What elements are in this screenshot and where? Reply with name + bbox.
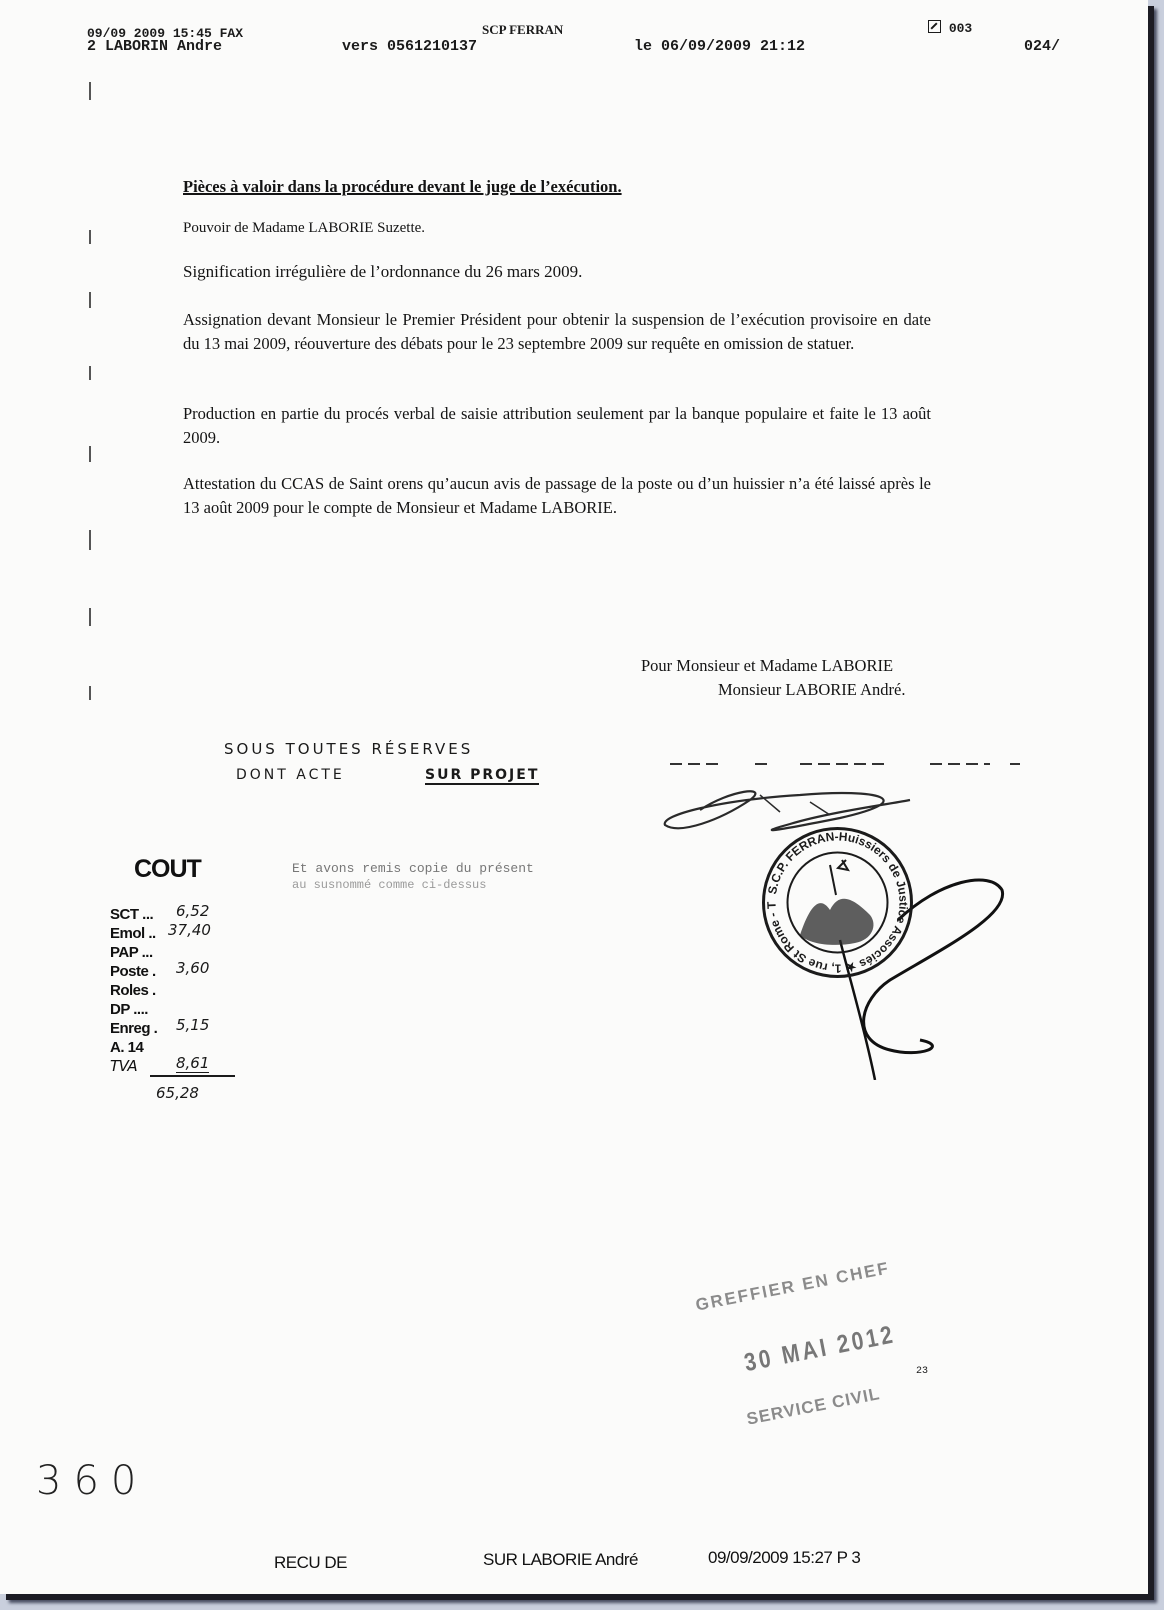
cost-row-label: Roles . <box>110 982 156 999</box>
cost-row: PAP ... <box>110 943 153 962</box>
cost-total: 65,28 <box>156 1084 199 1102</box>
fax-recipient-name: LABORIN Andre <box>105 38 222 55</box>
fax-destination: vers 0561210137 <box>342 38 477 55</box>
cost-title: COUT <box>134 855 201 884</box>
fax-recipient: 2 LABORIN Andre <box>87 38 222 55</box>
document-title: Pièces à valoir dans la procédure devant… <box>183 177 622 197</box>
scan-margin-mark <box>89 686 91 700</box>
handwritten-reserves: SOUS TOUTES RÉSERVES <box>224 740 473 758</box>
cost-row-label: Poste . <box>110 963 156 980</box>
cost-row-label: Enreg . <box>110 1020 157 1037</box>
paragraph-production: Production en partie du procés verbal de… <box>183 402 931 450</box>
cost-row-value: 3,60 <box>176 959 209 977</box>
fax-page-total: 024/ <box>1024 38 1060 55</box>
cost-row-value: 6,52 <box>176 902 209 920</box>
cost-row-label: DP .... <box>110 1001 148 1018</box>
footer-timestamp: 09/09/2009 15:27 P 3 <box>708 1548 860 1568</box>
scan-margin-mark <box>89 608 91 626</box>
signature-line-1: Pour Monsieur et Madame LABORIE <box>641 656 893 676</box>
cost-row: Enreg .5,15 <box>110 1019 157 1038</box>
scan-margin-mark <box>89 366 91 380</box>
scan-margin-mark <box>89 230 91 244</box>
cost-row-label: SCT ... <box>110 906 153 923</box>
fax-page-icon <box>928 20 941 33</box>
fax-received-date: le 06/09/2009 21:12 <box>634 38 805 55</box>
fax-recipient-prefix: 2 <box>87 38 105 55</box>
scan-margin-mark <box>89 292 91 308</box>
paragraph-signification: Signification irrégulière de l’ordonnanc… <box>183 262 582 282</box>
paragraph-assignation: Assignation devant Monsieur le Premier P… <box>183 308 931 356</box>
scan-margin-mark <box>89 446 91 462</box>
paragraph-pouvoir: Pouvoir de Madame LABORIE Suzette. <box>183 220 425 237</box>
cost-row: Emol ..37,40 <box>110 924 156 943</box>
greffe-stamp-date: 30 MAI 2012 <box>742 1321 898 1379</box>
cost-row: DP .... <box>110 1000 148 1019</box>
fax-page: 09/09 2009 15:45 FAX SCP FERRAN 003 2 LA… <box>0 0 1148 1594</box>
fax-page-number: 003 <box>949 21 972 36</box>
scan-margin-mark <box>89 82 91 100</box>
fax-page-counter: 003 <box>928 20 972 36</box>
cost-row: TVA8,61 <box>110 1057 137 1076</box>
cost-row-label: A. 14 <box>110 1039 143 1056</box>
cost-row: A. 14 <box>110 1038 143 1057</box>
signature-line-2: Monsieur LABORIE André. <box>718 680 905 700</box>
cost-row-value: 5,15 <box>176 1016 209 1034</box>
cost-row: Poste .3,60 <box>110 962 156 981</box>
footer-received-from: RECU DE <box>274 1553 347 1573</box>
scan-margin-mark <box>89 530 91 550</box>
cost-row-label: TVA <box>110 1057 137 1075</box>
remise-line-2: au susnommé comme ci-dessus <box>292 878 486 892</box>
paragraph-attestation: Attestation du CCAS de Saint orens qu’au… <box>183 472 931 520</box>
cost-total-rule <box>150 1075 235 1077</box>
page-number-small: 23 <box>916 1366 928 1377</box>
cost-row-value: 8,61 <box>176 1054 209 1073</box>
fax-sender: SCP FERRAN <box>482 22 563 38</box>
handwritten-folio-number: 360 <box>36 1458 148 1504</box>
handwritten-sur-projet: SUR PROJET <box>425 767 539 785</box>
cost-row-label: PAP ... <box>110 944 153 961</box>
footer-name: SUR LABORIE André <box>483 1550 638 1570</box>
greffe-stamp-service: SERVICE CIVIL <box>745 1384 882 1429</box>
cost-row-label: Emol .. <box>110 925 156 942</box>
handwritten-dont-acte: DONT ACTE <box>236 767 345 783</box>
cost-row-value: 37,40 <box>168 921 211 939</box>
cost-row: Roles . <box>110 981 156 1000</box>
seal-stamp-icon: S.C.P. FERRAN-Huissiers de Justice Assoc… <box>760 825 915 980</box>
cost-row: SCT ...6,52 <box>110 905 153 924</box>
greffe-stamp-title: GREFFIER EN CHEF <box>694 1258 891 1315</box>
remise-line-1: Et avons remis copie du présent <box>292 861 534 876</box>
